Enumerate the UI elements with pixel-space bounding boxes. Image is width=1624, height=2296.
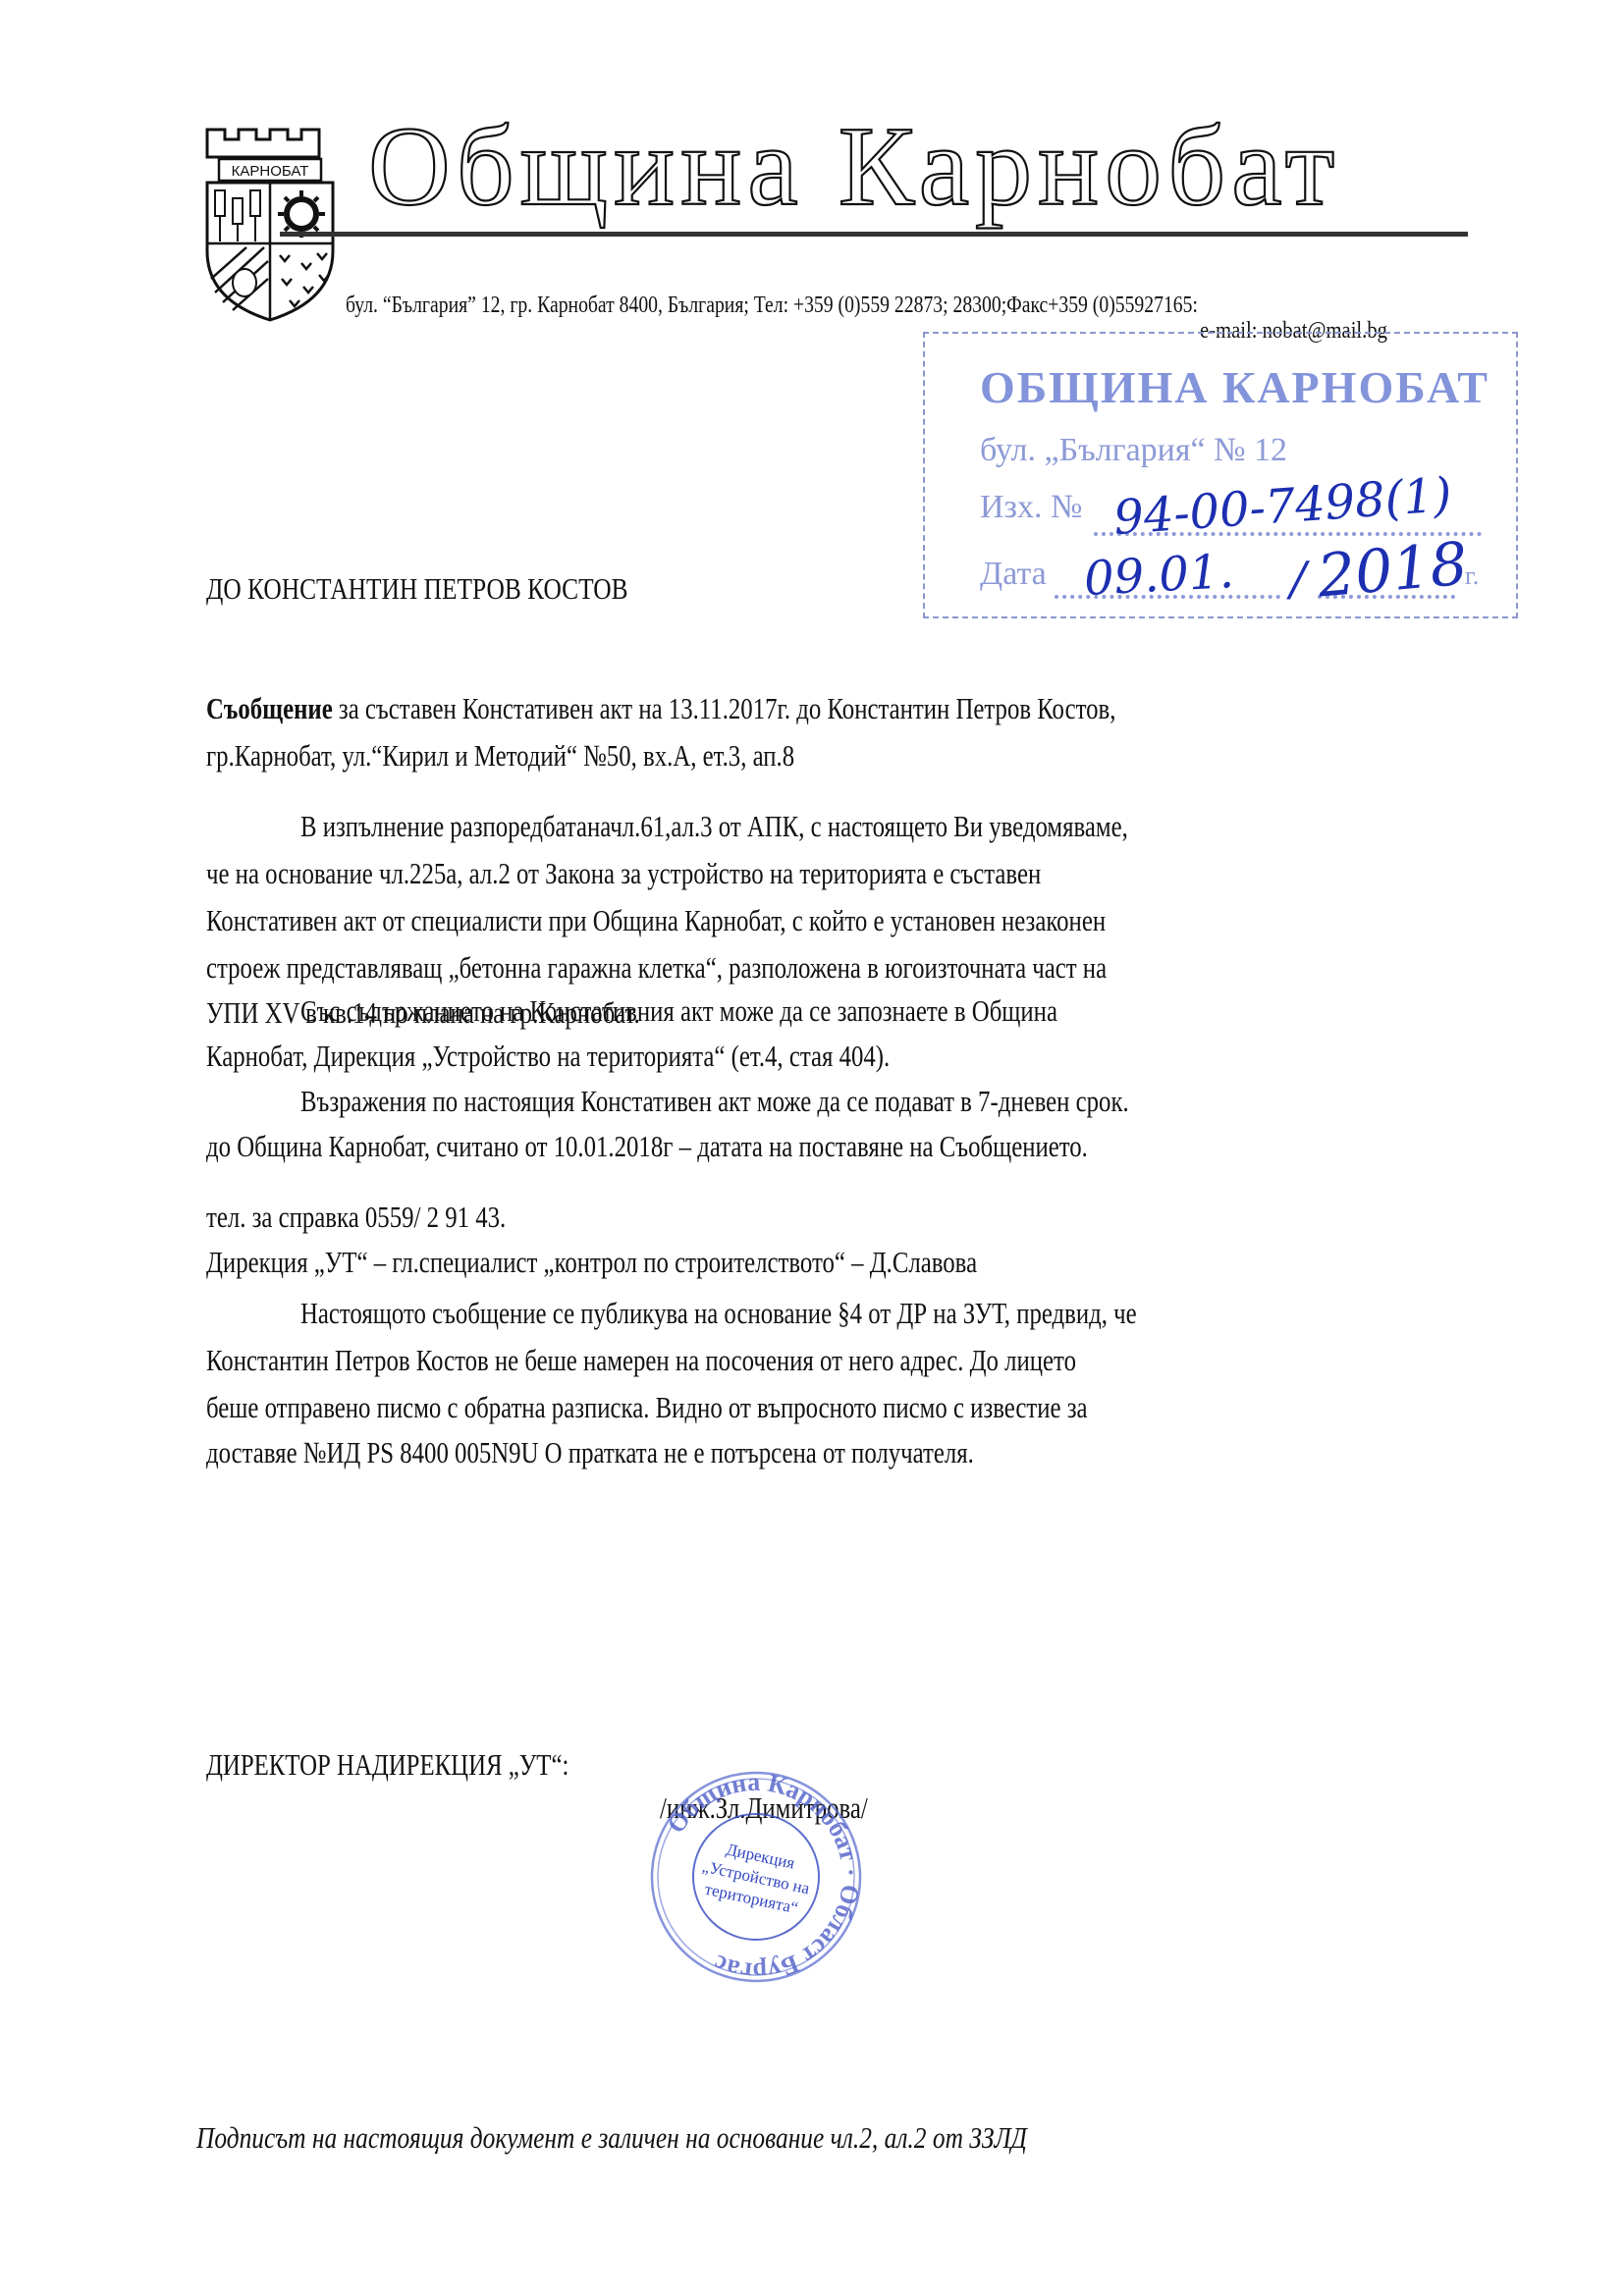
svg-text:КАРНОБАТ: КАРНОБАТ	[232, 163, 309, 180]
stamp-outgoing-label: Изх. №	[980, 489, 1082, 526]
paragraph-1-line: В изпълнение разпоредбатаначл.61,ал.3 от…	[300, 803, 1128, 850]
signature-title: ДИРЕКТОР НАДИРЕКЦИЯ „УТ“:	[206, 1741, 568, 1789]
stamp-title: ОБЩИНА КАРНОБАТ	[980, 361, 1489, 413]
stamp-year-suffix: г.	[1465, 561, 1479, 591]
recipient-line: ДО КОНСТАНТИН ПЕТРОВ КОСТОВ	[206, 571, 628, 607]
header-divider	[280, 232, 1468, 237]
paragraph-2-line-1: Със съдържанието на Констативния акт мож…	[300, 988, 1057, 1035]
paragraph-1-line: че на основание чл.225а, ал.2 от Закона …	[206, 850, 1041, 897]
subject-rest: за съставен Констативен акт на 13.11.201…	[333, 691, 1116, 725]
paragraph-2-line-2: Карнобат, Дирекция „Устройство на терито…	[206, 1033, 890, 1080]
subject-lead: Съобщение	[206, 691, 333, 725]
stamp-date-day-month: 09.01.	[1083, 544, 1235, 607]
publication-line: доставяе №ИД PS 8400 005N9U O пратката н…	[206, 1429, 974, 1476]
registration-stamp: ОБЩИНА КАРНОБАТ бул. „България“ № 12 Изх…	[923, 332, 1518, 618]
publication-line: Константин Петров Костов не беше намерен…	[206, 1337, 1076, 1384]
organization-address: бул. “България” 12, гр. Карнобат 8400, Б…	[346, 293, 1198, 319]
paragraph-3-line-1: Възражения по настоящия Констативен акт …	[300, 1078, 1129, 1125]
footer-disclaimer: Подписът на настоящия документ е заличен…	[196, 2120, 1027, 2156]
publication-line: Настоящото съобщение се публикува на осн…	[300, 1290, 1137, 1337]
coat-of-arms-icon: КАРНОБАТ	[201, 126, 339, 322]
paragraph-3-line-2: до Община Карнобат, считано от 10.01.201…	[206, 1123, 1088, 1170]
subject-line-2: гр.Карнобат, ул.“Кирил и Методий“ №50, в…	[206, 732, 794, 779]
contact-person: Дирекция „УТ“ – гл.специалист „контрол п…	[206, 1239, 977, 1286]
paragraph-1-line: Констативен акт от специалисти при Общин…	[206, 897, 1106, 944]
stamp-address: бул. „България“ № 12	[980, 432, 1287, 469]
organization-name: Община Карнобат	[368, 110, 1340, 224]
stamp-date-separator: /	[1290, 552, 1306, 607]
stamp-date-year: 2018	[1315, 529, 1470, 611]
publication-line: беше отправено писмо с обратна разписка.…	[206, 1384, 1088, 1431]
subject-line-1: Съобщение за съставен Констативен акт на…	[206, 685, 1115, 732]
stamp-date-label: Дата	[980, 556, 1047, 593]
contact-phone: тел. за справка 0559/ 2 91 43.	[206, 1194, 506, 1241]
round-seal-stamp: Община Карнобат · Област Бургас Дирекция…	[646, 1767, 867, 1988]
paragraph-1-line: строеж представляващ „бетонна гаражна кл…	[206, 944, 1107, 991]
